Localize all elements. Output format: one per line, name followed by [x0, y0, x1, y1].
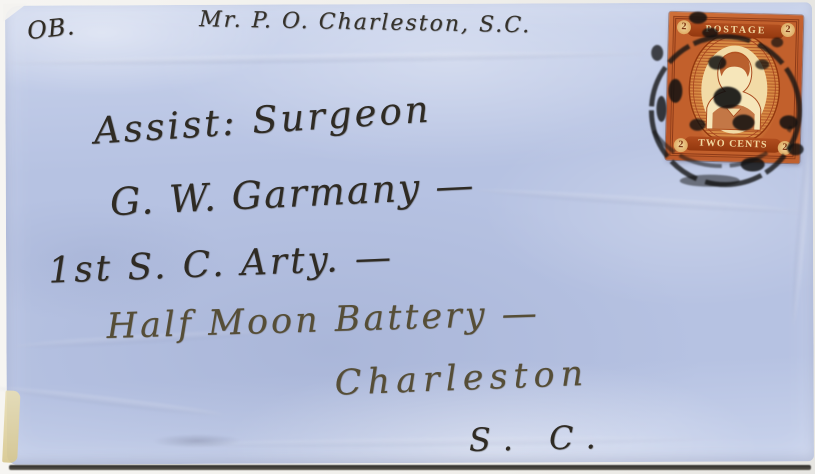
- crease: [0, 384, 224, 419]
- corner-initials: OB.: [26, 12, 77, 45]
- address-line-battery: Half Moon Battery —: [106, 294, 540, 347]
- address-line-state: S. C.: [468, 418, 608, 459]
- postmark-circle: [635, 6, 815, 201]
- worn-corner: [2, 390, 20, 463]
- address-line-rank: Assist: Surgeon: [92, 88, 432, 153]
- crease: [5, 50, 645, 67]
- top-docket-line: Mr. P. O. Charleston, S.C.: [199, 7, 532, 38]
- address-line-city: Charleston: [334, 354, 590, 404]
- scanned-cover-photo: OB. Mr. P. O. Charleston, S.C. Assist: S…: [0, 0, 815, 474]
- address-line-unit: 1st S. C. Arty. —: [47, 237, 394, 292]
- postmark-cancel: [635, 6, 815, 201]
- envelope-shadow: [9, 465, 811, 470]
- scan-corner-notch: [3, 4, 27, 22]
- crease: [187, 435, 707, 449]
- envelope: OB. Mr. P. O. Charleston, S.C. Assist: S…: [5, 2, 814, 465]
- pencil-smudge: [152, 434, 242, 448]
- address-line-name: G. W. Garmany —: [109, 163, 476, 224]
